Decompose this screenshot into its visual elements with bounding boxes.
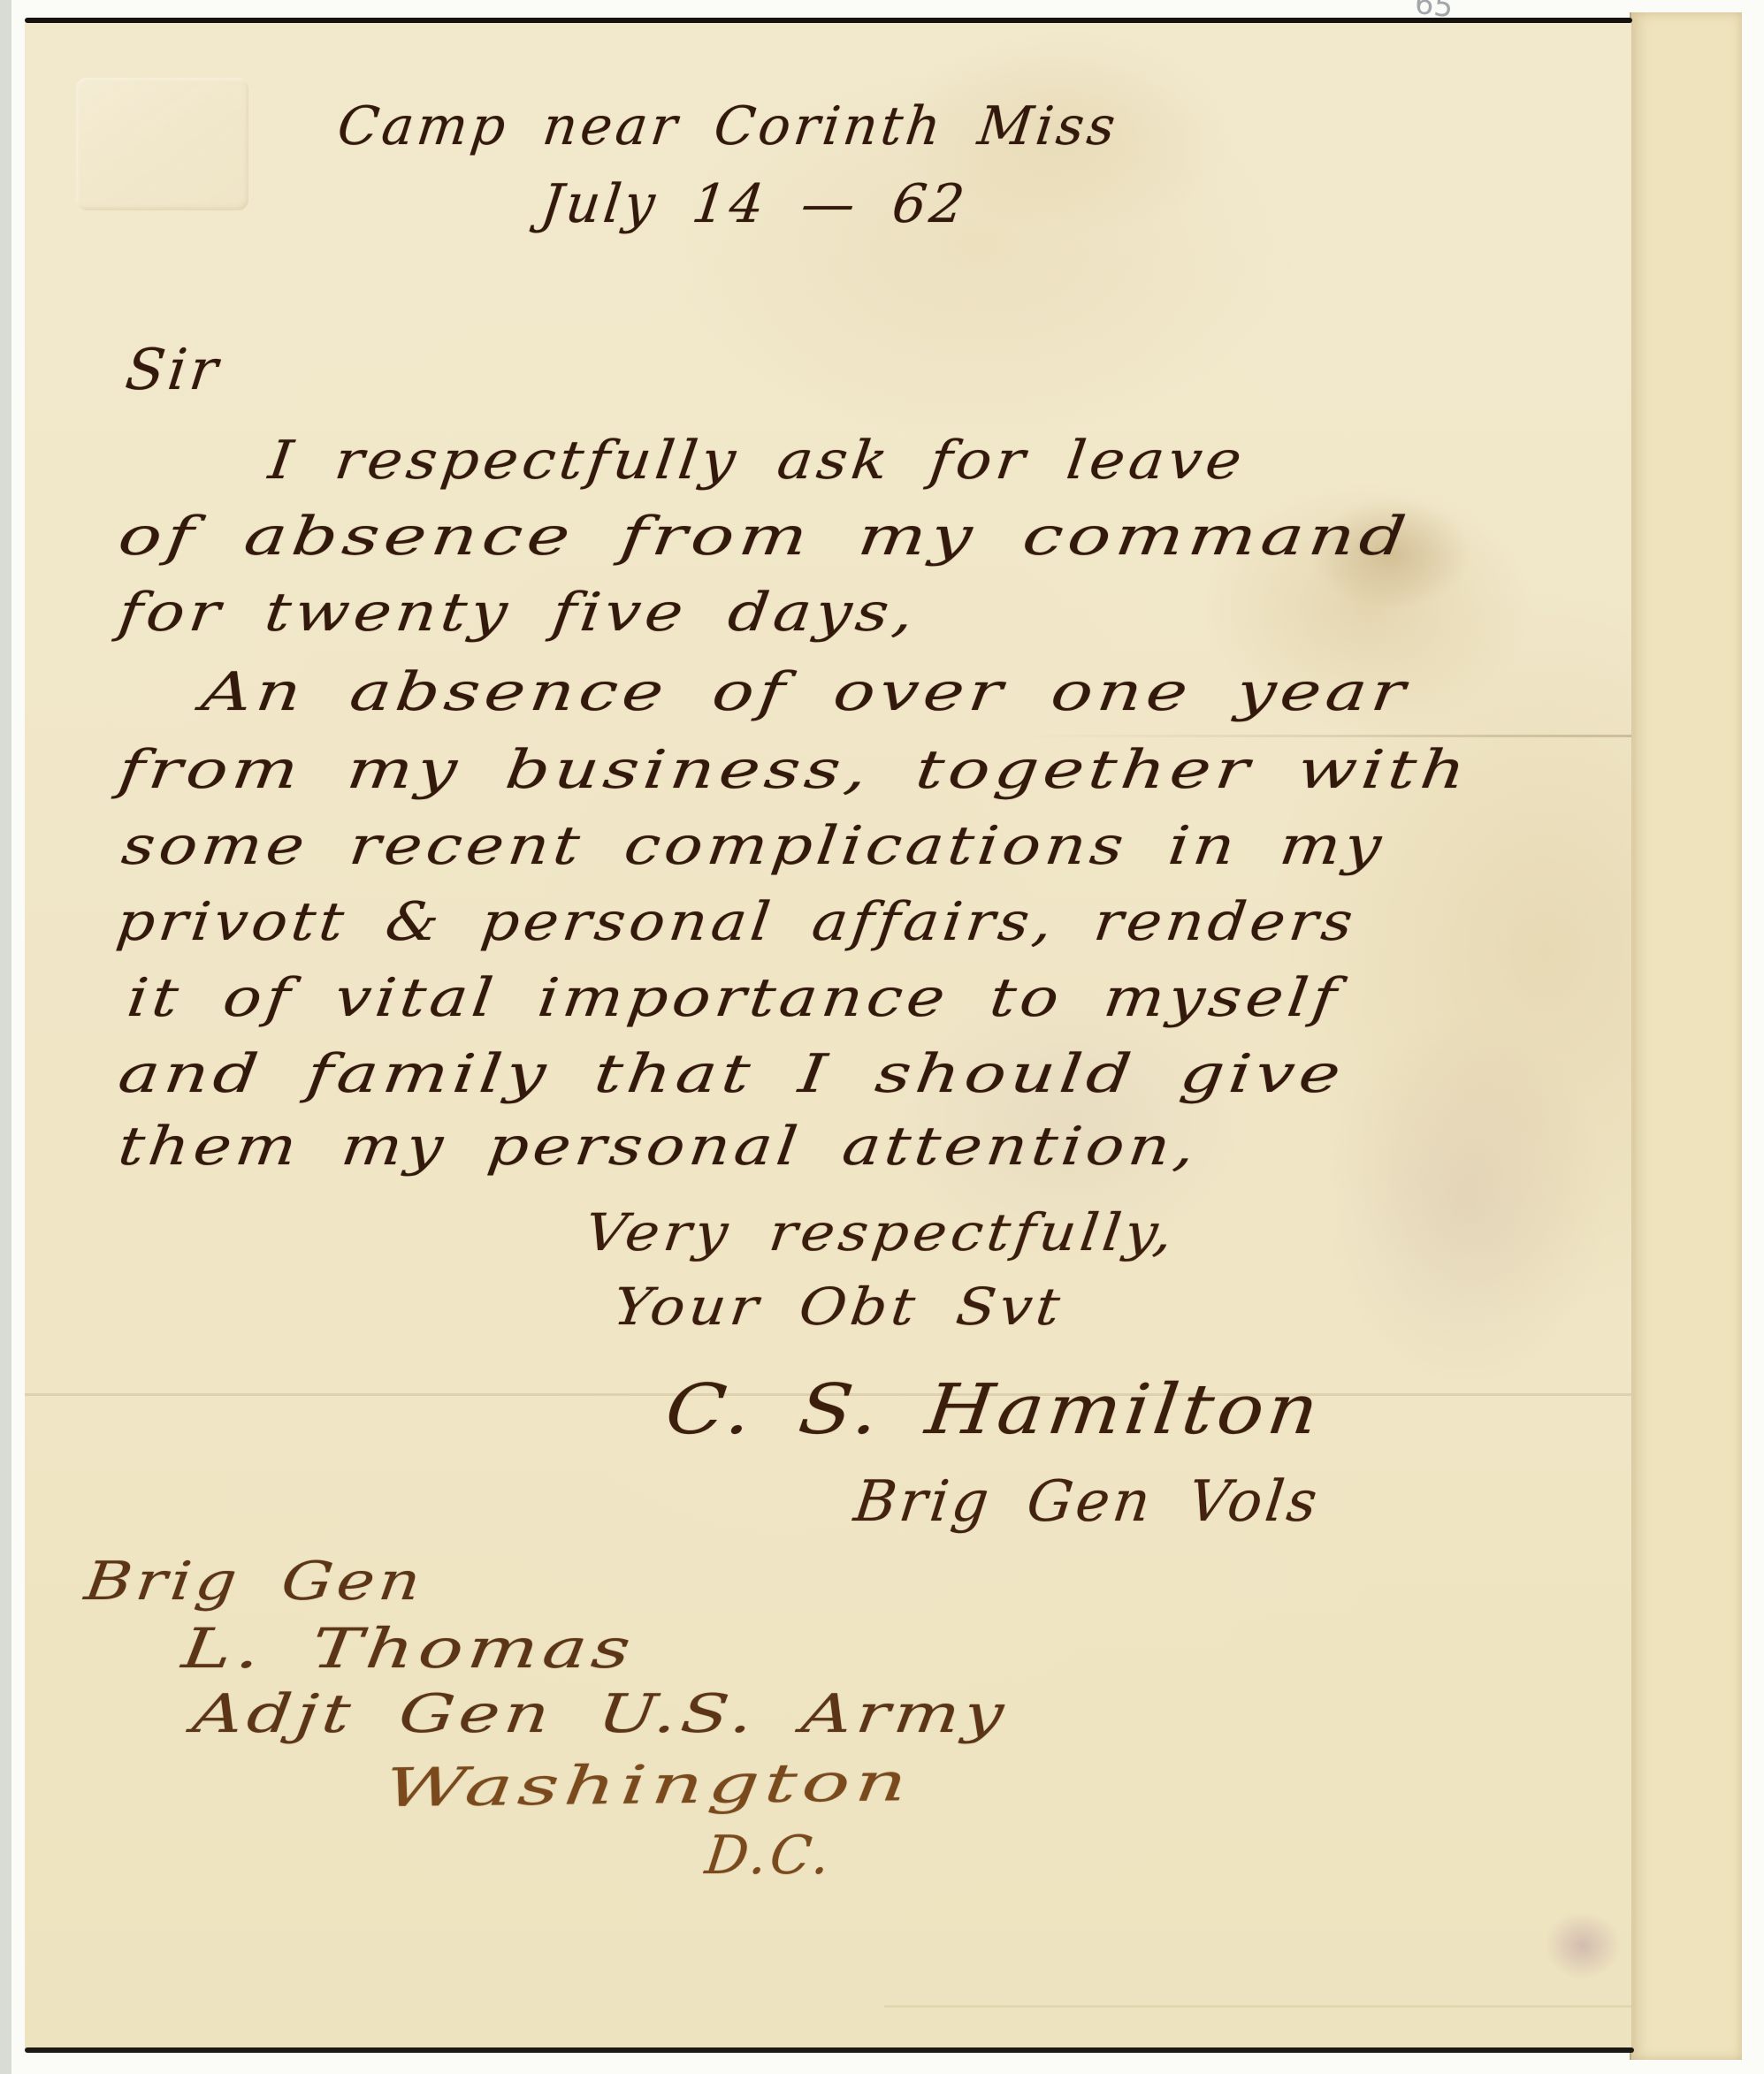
body-line: from my business, together with: [115, 739, 1473, 801]
body-line: for twenty five days,: [115, 582, 921, 644]
closing-line: Very respectfully,: [582, 1202, 1180, 1262]
recipient-line: L. Thomas: [179, 1616, 638, 1681]
embossed-stationery-stamp: [76, 78, 248, 210]
sheet-top-edge-line: [25, 18, 1632, 23]
heading-place-line: Camp near Corinth Miss: [334, 95, 1122, 157]
recipient-line: Adjt Gen U.S. Army: [189, 1683, 1012, 1745]
letter-sheet: [25, 23, 1631, 2049]
body-line: An absence of over one year: [198, 661, 1413, 723]
body-line: of absence from my command: [115, 506, 1414, 568]
body-line: and family that I should give: [115, 1043, 1348, 1105]
body-line: them my personal attention,: [115, 1116, 1203, 1178]
heading-date-line: July 14 — 62: [538, 173, 971, 235]
recipient-line: D.C.: [702, 1825, 836, 1887]
salutation: Sir: [122, 338, 225, 403]
fold-crease: [1017, 735, 1631, 737]
scanner-edge-strip: [0, 0, 11, 2074]
closing-line: Your Obt Svt: [610, 1277, 1067, 1337]
recipient-line: Washington: [382, 1751, 915, 1819]
signature-name: C. S. Hamilton: [661, 1370, 1326, 1450]
body-line: privott & personal affairs, renders: [113, 891, 1360, 953]
body-line: it of vital importance to myself: [124, 967, 1344, 1029]
recipient-line: Brig Gen: [81, 1551, 428, 1613]
fold-crease: [884, 2005, 1631, 2008]
sheet-bottom-edge-line: [25, 2047, 1634, 2053]
folded-second-sheet: [1630, 12, 1742, 2060]
body-line: I respectfully ask for leave: [265, 430, 1249, 492]
scanned-letter-page: 65 Camp near Corinth Miss July 14 — 62 S…: [0, 0, 1764, 2074]
signature-rank: Brig Gen Vols: [851, 1469, 1324, 1535]
pencil-archive-number: 65: [1413, 0, 1455, 25]
body-line: some recent complications in my: [118, 815, 1389, 877]
